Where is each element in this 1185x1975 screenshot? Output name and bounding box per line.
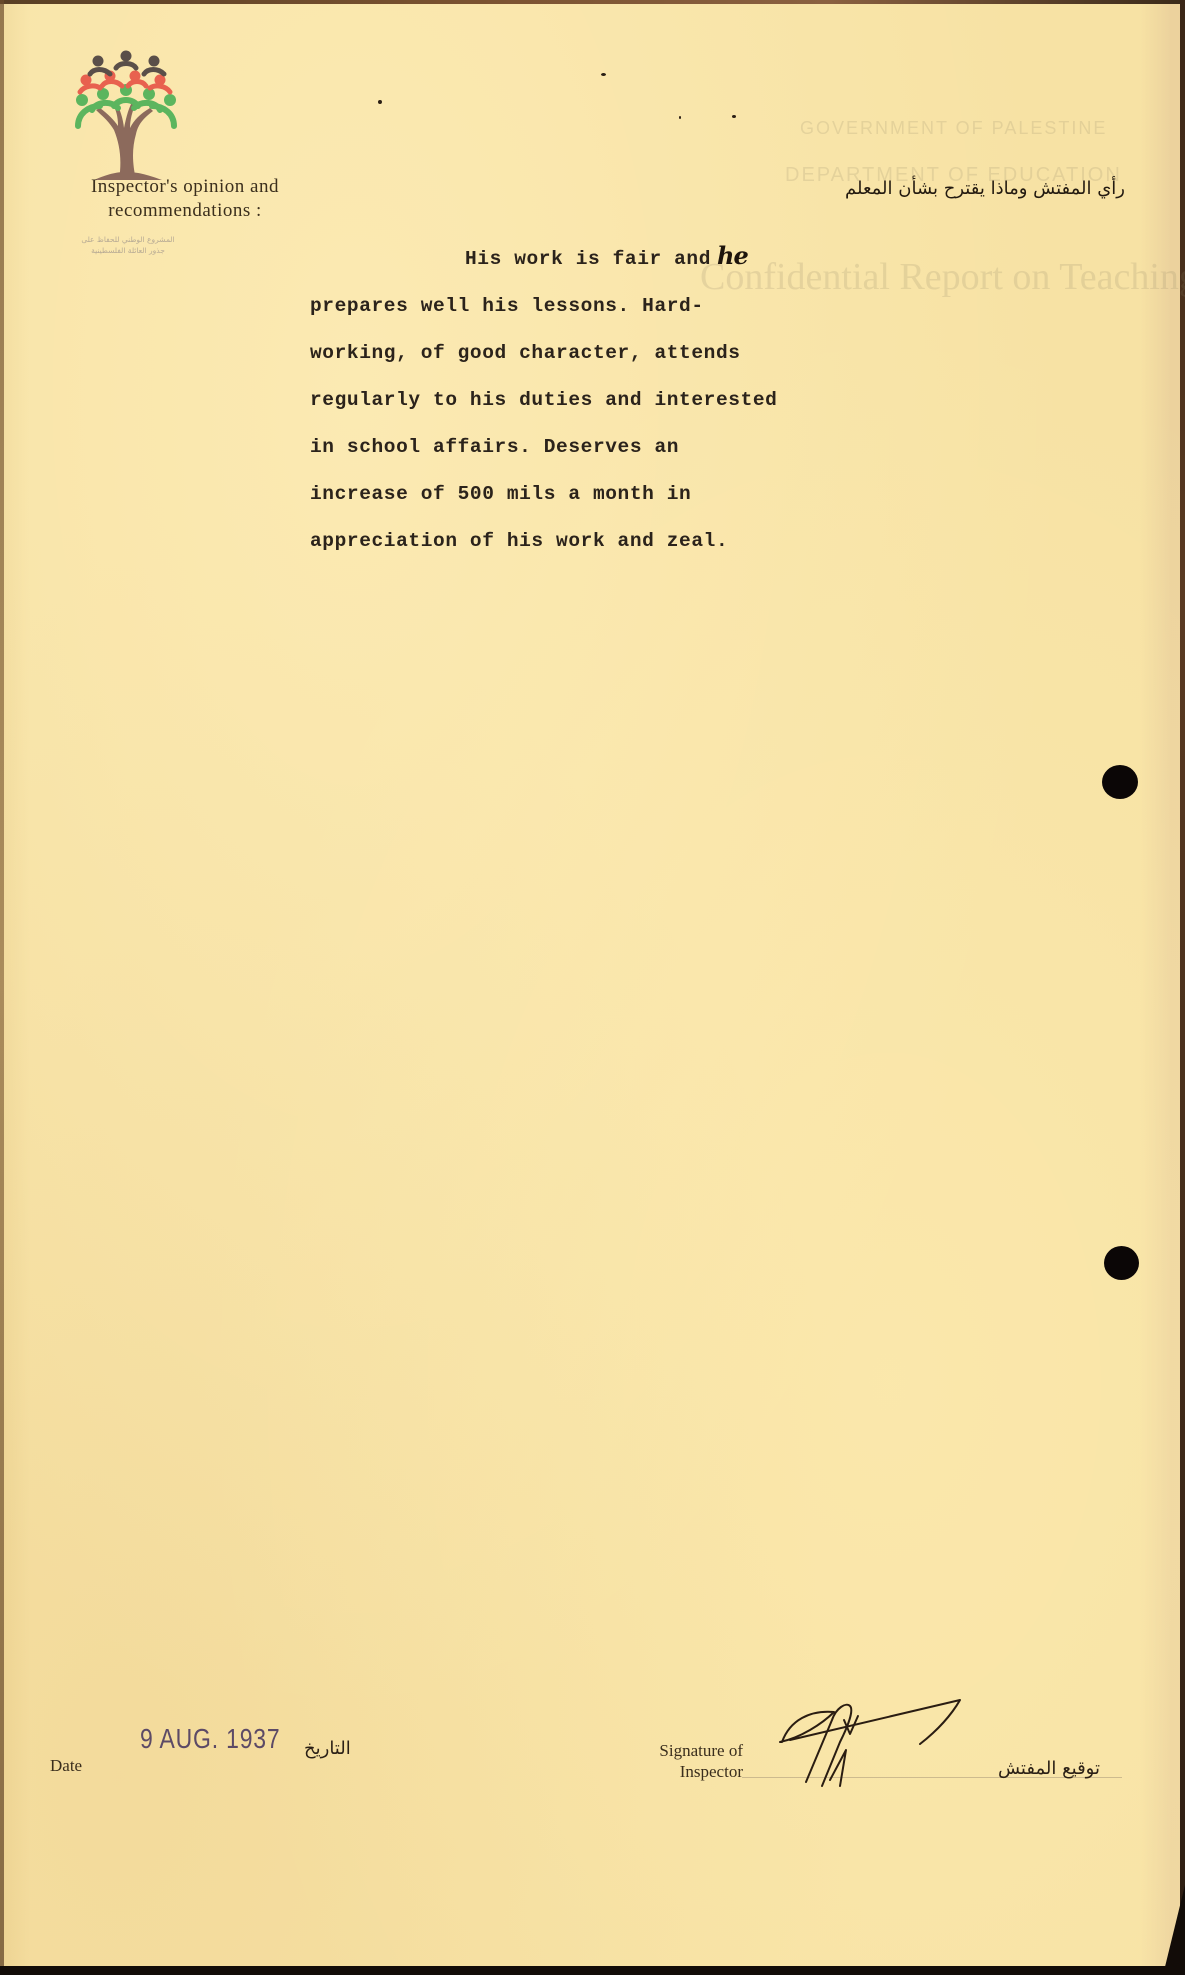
- scanned-document-page: GOVERNMENT OF PALESTINE DEPARTMENT OF ED…: [0, 0, 1185, 1975]
- typed-line: appreciation of his work and zeal.: [310, 518, 950, 565]
- field-label-inspector-opinion: Inspector's opinion and recommendations …: [55, 175, 315, 223]
- punch-hole: [1102, 765, 1138, 799]
- typed-line: prepares well his lessons. Hard-: [310, 283, 950, 330]
- date-label-ar: التاريخ: [304, 1738, 351, 1759]
- family-tree-logo-icon: [74, 50, 179, 180]
- signature-label-ar: توقيع المفتش: [998, 1758, 1100, 1779]
- label-line: Signature of: [603, 1740, 743, 1761]
- handwritten-signature-icon: [770, 1690, 970, 1800]
- paper-edge-bottom: [0, 1966, 1185, 1975]
- date-label: Date: [50, 1756, 82, 1776]
- typed-line: increase of 500 mils a month in: [310, 471, 950, 518]
- paper-speck: [679, 116, 681, 119]
- typed-line: regularly to his duties and interested: [310, 377, 950, 424]
- label-line: recommendations :: [55, 199, 315, 223]
- bleed-through-text: GOVERNMENT OF PALESTINE: [800, 118, 1107, 139]
- typed-line: in school affairs. Deserves an: [310, 424, 950, 471]
- watermark-line: جذور العائلة الفلسطينية: [58, 245, 198, 256]
- typed-line: His work is fair andhe: [310, 232, 950, 283]
- field-label-inspector-opinion-ar: رأي المفتش وماذا يقترح بشأن المعلم: [845, 178, 1125, 199]
- watermark-line: المشروع الوطني للحفاظ على: [58, 234, 198, 245]
- typed-line: working, of good character, attends: [310, 330, 950, 377]
- label-line: Inspector's opinion and: [55, 175, 315, 199]
- paper-speck: [378, 100, 382, 104]
- label-line: Inspector: [603, 1761, 743, 1782]
- paper-speck: [732, 115, 736, 118]
- handwritten-insert: he: [717, 241, 748, 270]
- signature-label: Signature of Inspector: [603, 1740, 743, 1782]
- punch-hole: [1104, 1246, 1139, 1280]
- paper-edge-left: [0, 0, 4, 1975]
- paper-edge-top: [0, 0, 1185, 4]
- typed-line-text: His work is fair and: [465, 248, 711, 270]
- typed-recommendation-text: His work is fair andhe prepares well his…: [310, 232, 950, 565]
- date-stamp: 9 AUG. 1937: [140, 1723, 281, 1755]
- paper-speck: [601, 73, 606, 76]
- watermark-caption: المشروع الوطني للحفاظ على جذور العائلة ا…: [58, 234, 198, 256]
